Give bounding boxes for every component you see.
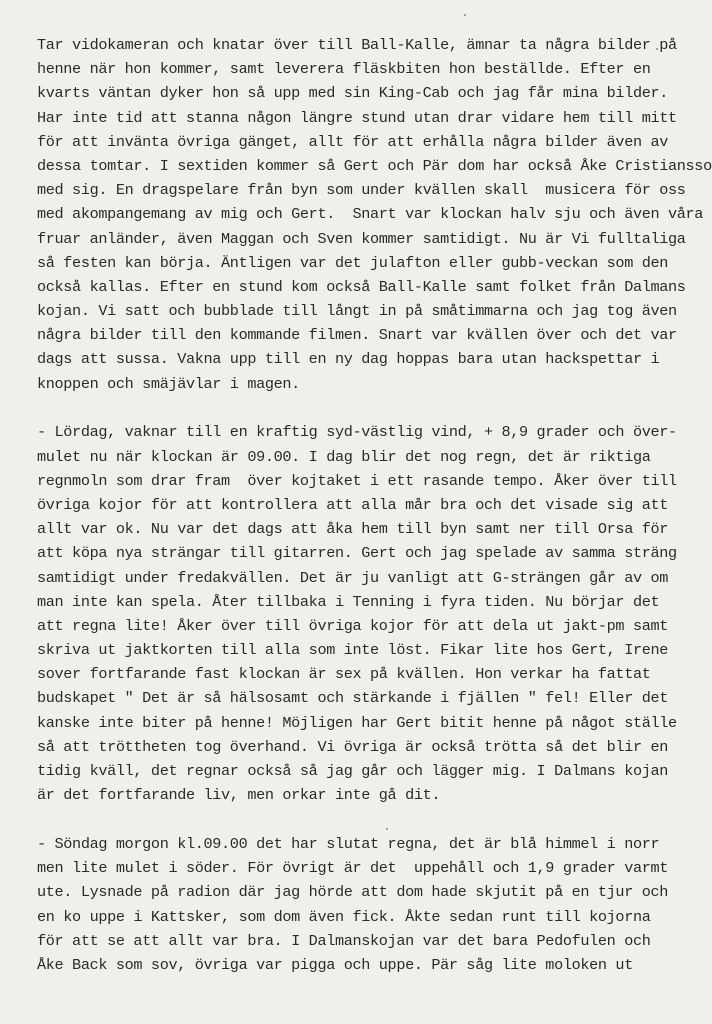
paragraph-friday-evening: Tar vidokameran och knatar över till Bal… [37,33,697,396]
text-line: kanske inte biter på henne! Möjligen har… [37,711,697,735]
text-line: Har inte tid att stanna någon längre stu… [37,106,697,130]
text-line: med sig. En dragspelare från byn som und… [37,178,697,202]
paragraph-sunday: - Söndag morgon kl.09.00 det har slutat … [37,832,697,977]
text-line: tidig kväll, det regnar också så jag går… [37,759,697,783]
text-line: samtidigt under fredakvällen. Det är ju … [37,566,697,590]
text-line: övriga kojor för att kontrollera att all… [37,493,697,517]
text-line: så festen kan börja. Äntligen var det ju… [37,251,697,275]
text-line: knoppen och smäjävlar i magen. [37,372,697,396]
text-line: - Lördag, vaknar till en kraftig syd-väs… [37,420,697,444]
text-line: för att se att allt var bra. I Dalmansko… [37,929,697,953]
text-line: Tar vidokameran och knatar över till Bal… [37,33,697,57]
text-line: också kallas. Efter en stund kom också B… [37,275,697,299]
text-line: fruar anländer, även Maggan och Sven kom… [37,227,697,251]
text-line: men lite mulet i söder. För övrigt är de… [37,856,697,880]
text-line: allt var ok. Nu var det dags att åka hem… [37,517,697,541]
text-line: - Söndag morgon kl.09.00 det har slutat … [37,832,697,856]
paper-speck [386,828,388,830]
paper-speck [656,48,658,50]
text-line: skriva ut jaktkorten till alla som inte … [37,638,697,662]
text-line: henne när hon kommer, samt leverera fläs… [37,57,697,81]
text-line: att regna lite! Åker över till övriga ko… [37,614,697,638]
text-line: dags att sussa. Vakna upp till en ny dag… [37,347,697,371]
text-line: kvarts väntan dyker hon så upp med sin K… [37,81,697,105]
text-line: så att tröttheten tog överhand. Vi övrig… [37,735,697,759]
text-line: mulet nu när klockan är 09.00. I dag bli… [37,445,697,469]
text-line: budskapet " Det är så hälsosamt och stär… [37,686,697,710]
text-line: regnmoln som drar fram över kojtaket i e… [37,469,697,493]
text-line: är det fortfarande liv, men orkar inte g… [37,783,697,807]
text-line: ute. Lysnade på radion där jag hörde att… [37,880,697,904]
text-line: dessa tomtar. I sextiden kommer så Gert … [37,154,697,178]
text-line: Åke Back som sov, övriga var pigga och u… [37,953,697,977]
text-line: sover fortfarande fast klockan är sex på… [37,662,697,686]
text-line: kojan. Vi satt och bubblade till långt i… [37,299,697,323]
paper-speck [464,14,466,16]
text-line: några bilder till den kommande filmen. S… [37,323,697,347]
paragraph-saturday: - Lördag, vaknar till en kraftig syd-väs… [37,420,697,807]
text-line: att köpa nya strängar till gitarren. Ger… [37,541,697,565]
text-line: för att invänta övriga gänget, allt för … [37,130,697,154]
text-line: med akompangemang av mig och Gert. Snart… [37,202,697,226]
text-line: man inte kan spela. Åter tillbaka i Tenn… [37,590,697,614]
typewritten-page: Tar vidokameran och knatar över till Bal… [37,33,697,977]
text-line: en ko uppe i Kattsker, som dom även fick… [37,905,697,929]
